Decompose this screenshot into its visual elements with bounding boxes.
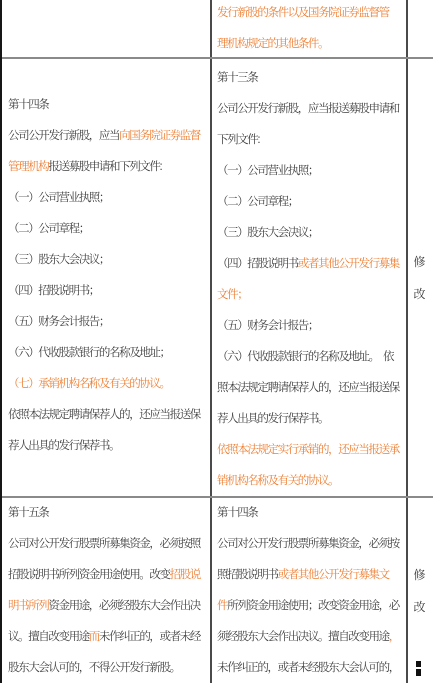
text-segment: （四）招股说明书； xyxy=(8,282,99,298)
text-segment: 资金用途，必须经股东大会作出决 xyxy=(48,597,200,613)
text-line: （三）股东大会决议； xyxy=(8,243,208,274)
text-segment: 第十四条 xyxy=(217,504,257,520)
text-segment: 公司对公开发行股票所募集资金，必须按 xyxy=(217,535,399,551)
text-line: 议。擅自改变用途而未作纠正的，或者未经 xyxy=(8,620,208,651)
text-line: 公司公开发行新股，应当报送募股申请和 xyxy=(217,92,404,123)
text-segment: （四）招股说明书 xyxy=(217,255,298,271)
text-line: （二）公司章程； xyxy=(217,185,404,216)
cell-text: 第十三条公司公开发行新股，应当报送募股申请和下列文件:（一）公司营业执照；（二）… xyxy=(212,59,406,495)
text-line: （六）代收股款银行的名称及地址。 依 xyxy=(217,340,404,371)
text-segment: 照本法规定聘请保荐人的，还应当报送保 xyxy=(217,379,399,395)
text-line: （二）公司章程； xyxy=(8,212,208,243)
changed-text: 或者其他公开发行募集 xyxy=(298,255,399,271)
text-line: 管理机构报送募股申请和下列文件: xyxy=(8,150,208,181)
changed-text: 明书所列 xyxy=(8,597,48,613)
text-line: （四）招股说明书； xyxy=(8,274,208,305)
text-line: 文件； xyxy=(217,278,404,309)
revision-char: 改 xyxy=(413,591,425,623)
changed-text: 依照本法规定实行承销的，还应当报送承 xyxy=(217,441,399,457)
changed-text: ， xyxy=(389,628,399,644)
old-law-cell[interactable]: 第十四条公司公开发行新股，应当向国务院证券监督管理机构报送募股申请和下列文件:（… xyxy=(2,59,212,496)
new-law-cell[interactable]: 发行新股的条件以及国务院证券监督管理机构规定的其他条件。 xyxy=(212,0,408,57)
text-line: 发行新股的条件以及国务院证券监督管 xyxy=(217,0,404,27)
text-segment: 依照本法规定聘请保荐人的，还应当报送保 xyxy=(8,406,200,422)
text-segment: 议。擅自改变用途 xyxy=(8,628,89,644)
revision-mark-cell: 修 改 xyxy=(408,498,431,683)
table-row: 第十五条公司对公开发行股票所募集资金，必须按照招股说明书所列资金用途使用。改变招… xyxy=(2,496,433,683)
text-line: 公司对公开发行股票所募集资金，必须按照 xyxy=(8,527,208,558)
text-line: 销机构名称及有关的协议。 xyxy=(217,464,404,495)
text-line: 股东大会认可的，不得公开发行新股。 xyxy=(8,651,208,682)
text-segment: 未作纠正的，或者未经 xyxy=(99,628,200,644)
new-law-cell[interactable]: 第十四条公司对公开发行股票所募集资金，必须按照招股说明书或者其他公开发行募集文件… xyxy=(212,498,408,683)
text-segment: 下列文件: xyxy=(217,131,259,147)
text-line: 公司公开发行新股，应当向国务院证券监督 xyxy=(8,119,208,150)
revision-char: 修 xyxy=(413,246,425,278)
text-line: 招股说明书所列资金用途使用。改变招股说 xyxy=(8,558,208,589)
changed-text: （七）承销机构名称及有关的协议。 xyxy=(8,375,170,391)
text-line: （四）招股说明书或者其他公开发行募集 xyxy=(217,247,404,278)
cell-text: 第十四条公司公开发行新股，应当向国务院证券监督管理机构报送募股申请和下列文件:（… xyxy=(2,59,210,460)
text-line: 依照本法规定实行承销的，还应当报送承 xyxy=(217,433,404,464)
text-line: 第十四条 xyxy=(8,88,208,119)
text-line: （六）代收股款银行的名称及地址； xyxy=(8,336,208,367)
text-segment: （五）财务会计报告； xyxy=(217,317,318,333)
text-segment: （五）财务会计报告； xyxy=(8,313,109,329)
text-segment: 招股说明书所列资金用途使用。改变 xyxy=(8,566,170,582)
text-segment: 公司公开发行新股，应当报送募股申请和 xyxy=(217,100,399,116)
text-line: 须经股东大会作出决议。擅自改变用途， xyxy=(217,620,404,651)
table-row: 第十四条公司公开发行新股，应当向国务院证券监督管理机构报送募股申请和下列文件:（… xyxy=(2,57,433,496)
cell-text: 第十五条公司对公开发行股票所募集资金，必须按照招股说明书所列资金用途使用。改变招… xyxy=(2,498,210,682)
text-segment: 公司公开发行新股，应当 xyxy=(8,127,119,143)
revision-char: 改 xyxy=(413,278,425,310)
revision-char: 修 xyxy=(413,559,425,591)
text-segment: 照招股说明书 xyxy=(217,566,278,582)
text-segment: （一）公司营业执照； xyxy=(8,189,109,205)
changed-text: 招股说 xyxy=(170,566,200,582)
text-segment: 股东大会认可的，不得公开发行新股。 xyxy=(8,659,180,675)
text-line: 荐人出具的发行保荐书。 xyxy=(217,402,404,433)
text-line: （五）财务会计报告； xyxy=(8,305,208,336)
changed-text: 管理机构 xyxy=(8,158,48,174)
changed-text: 销机构名称及有关的协议。 xyxy=(217,472,338,488)
revision-mark-cell: 修 改 xyxy=(408,59,431,496)
text-segment: 报送募股申请和下列文件: xyxy=(48,158,161,174)
text-line: 下列文件: xyxy=(217,123,404,154)
old-law-cell[interactable] xyxy=(2,0,212,57)
comparison-table: 发行新股的条件以及国务院证券监督管理机构规定的其他条件。 第十四条公司公开发行新… xyxy=(0,0,433,683)
text-segment: 公司对公开发行股票所募集资金，必须按照 xyxy=(8,535,200,551)
text-segment: （二）公司章程； xyxy=(217,193,298,209)
text-line: 第十四条 xyxy=(217,498,404,527)
text-line: 照招股说明书或者其他公开发行募集文 xyxy=(217,558,404,589)
text-line: （一）公司营业执照； xyxy=(8,181,208,212)
changed-text: 或者其他公开发行募集文 xyxy=(278,566,389,582)
text-line: 件所列资金用途使用；改变资金用途，必 xyxy=(217,589,404,620)
changed-text: 理机构规定的其他条件。 xyxy=(217,35,328,51)
cell-text: 发行新股的条件以及国务院证券监督管理机构规定的其他条件。 xyxy=(212,0,406,57)
revision-mark-cell xyxy=(408,0,431,57)
text-line: 荐人出具的发行保荐书。 xyxy=(8,429,208,460)
document-page: 发行新股的条件以及国务院证券监督管理机构规定的其他条件。 第十四条公司公开发行新… xyxy=(0,0,439,683)
new-law-cell[interactable]: 第十三条公司公开发行新股，应当报送募股申请和下列文件:（一）公司营业执照；（二）… xyxy=(212,59,408,496)
text-line: （七）承销机构名称及有关的协议。 xyxy=(8,367,208,398)
text-line: 第十五条 xyxy=(8,498,208,527)
text-segment: 荐人出具的发行保荐书。 xyxy=(8,437,119,453)
text-segment: （六）代收股款银行的名称及地址； xyxy=(8,344,170,360)
text-line: 理机构规定的其他条件。 xyxy=(217,27,404,57)
text-segment: 未作纠正的，或者未经股东大会认可的， xyxy=(217,659,399,675)
text-line: （五）财务会计报告； xyxy=(217,309,404,340)
text-line: 照本法规定聘请保荐人的，还应当报送保 xyxy=(217,371,404,402)
text-segment: （三）股东大会决议； xyxy=(217,224,318,240)
text-line: 明书所列资金用途，必须经股东大会作出决 xyxy=(8,589,208,620)
text-segment: 第十五条 xyxy=(8,504,48,520)
changed-text: 件 xyxy=(217,597,227,613)
text-line: 依照本法规定聘请保荐人的，还应当报送保 xyxy=(8,398,208,429)
changed-text: 发行新股的条件以及国务院证券监督管 xyxy=(217,4,389,20)
text-segment: （三）股东大会决议； xyxy=(8,251,109,267)
text-line: 第十三条 xyxy=(217,61,404,92)
text-segment: 荐人出具的发行保荐书。 xyxy=(217,410,328,426)
text-segment: 所列资金用途使用；改变资金用途，必 xyxy=(227,597,399,613)
text-segment: （二）公司章程； xyxy=(8,220,89,236)
text-line: 公司对公开发行股票所募集资金，必须按 xyxy=(217,527,404,558)
text-line: （三）股东大会决议； xyxy=(217,216,404,247)
cell-text: 第十四条公司对公开发行股票所募集资金，必须按照招股说明书或者其他公开发行募集文件… xyxy=(212,498,406,682)
table-row: 发行新股的条件以及国务院证券监督管理机构规定的其他条件。 xyxy=(2,0,433,57)
changed-text: 而 xyxy=(89,628,99,644)
text-segment: （六）代收股款银行的名称及地址。 依 xyxy=(217,348,393,364)
text-line: 未作纠正的，或者未经股东大会认可的， xyxy=(217,651,404,682)
text-segment: （一）公司营业执照； xyxy=(217,162,318,178)
text-segment: 第十三条 xyxy=(217,69,257,85)
text-segment: 须经股东大会作出决议。擅自改变用途 xyxy=(217,628,389,644)
text-line: （一）公司营业执照； xyxy=(217,154,404,185)
changed-text: 向国务院证券监督 xyxy=(119,127,200,143)
text-cursor xyxy=(416,661,421,676)
text-segment: 第十四条 xyxy=(8,96,48,112)
old-law-cell[interactable]: 第十五条公司对公开发行股票所募集资金，必须按照招股说明书所列资金用途使用。改变招… xyxy=(2,498,212,683)
changed-text: 文件； xyxy=(217,286,247,302)
